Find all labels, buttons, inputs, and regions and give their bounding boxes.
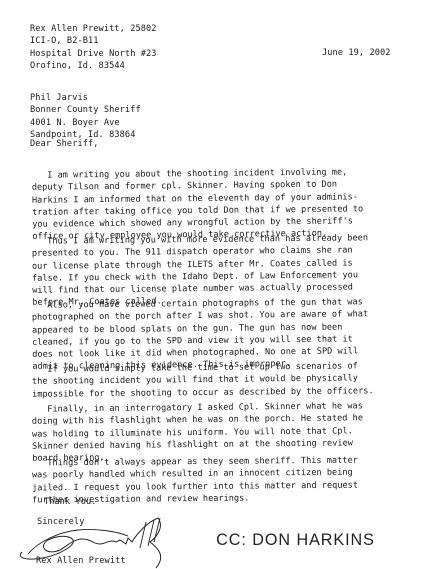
recipient-line: Bonner County Sheriff (30, 104, 141, 116)
letter-date: June 19, 2002 (322, 47, 391, 59)
sender-line: Orofino, Id. 83544 (30, 60, 157, 72)
closing-thanks: Thank You. (28, 496, 97, 508)
cc-handwritten: CC: DON HARKINS (216, 530, 375, 550)
sender-address: Rex Allen Prewitt, 25802ICI-O, B2-B11Hos… (30, 11, 157, 84)
sender-line: Hospital Drive North #23 (30, 48, 157, 60)
recipient-line: 4001 N. Boyer Ave (30, 117, 141, 129)
sender-line: Rex Allen Prewitt, 25802 (30, 23, 157, 35)
salutation: Dear Sheriff, (30, 138, 99, 150)
signature-name: Rex Allen Prewitt (36, 555, 126, 567)
sender-line: ICI-O, B2-B11 (30, 35, 157, 47)
recipient-line: Phil Jarvis (30, 92, 141, 104)
